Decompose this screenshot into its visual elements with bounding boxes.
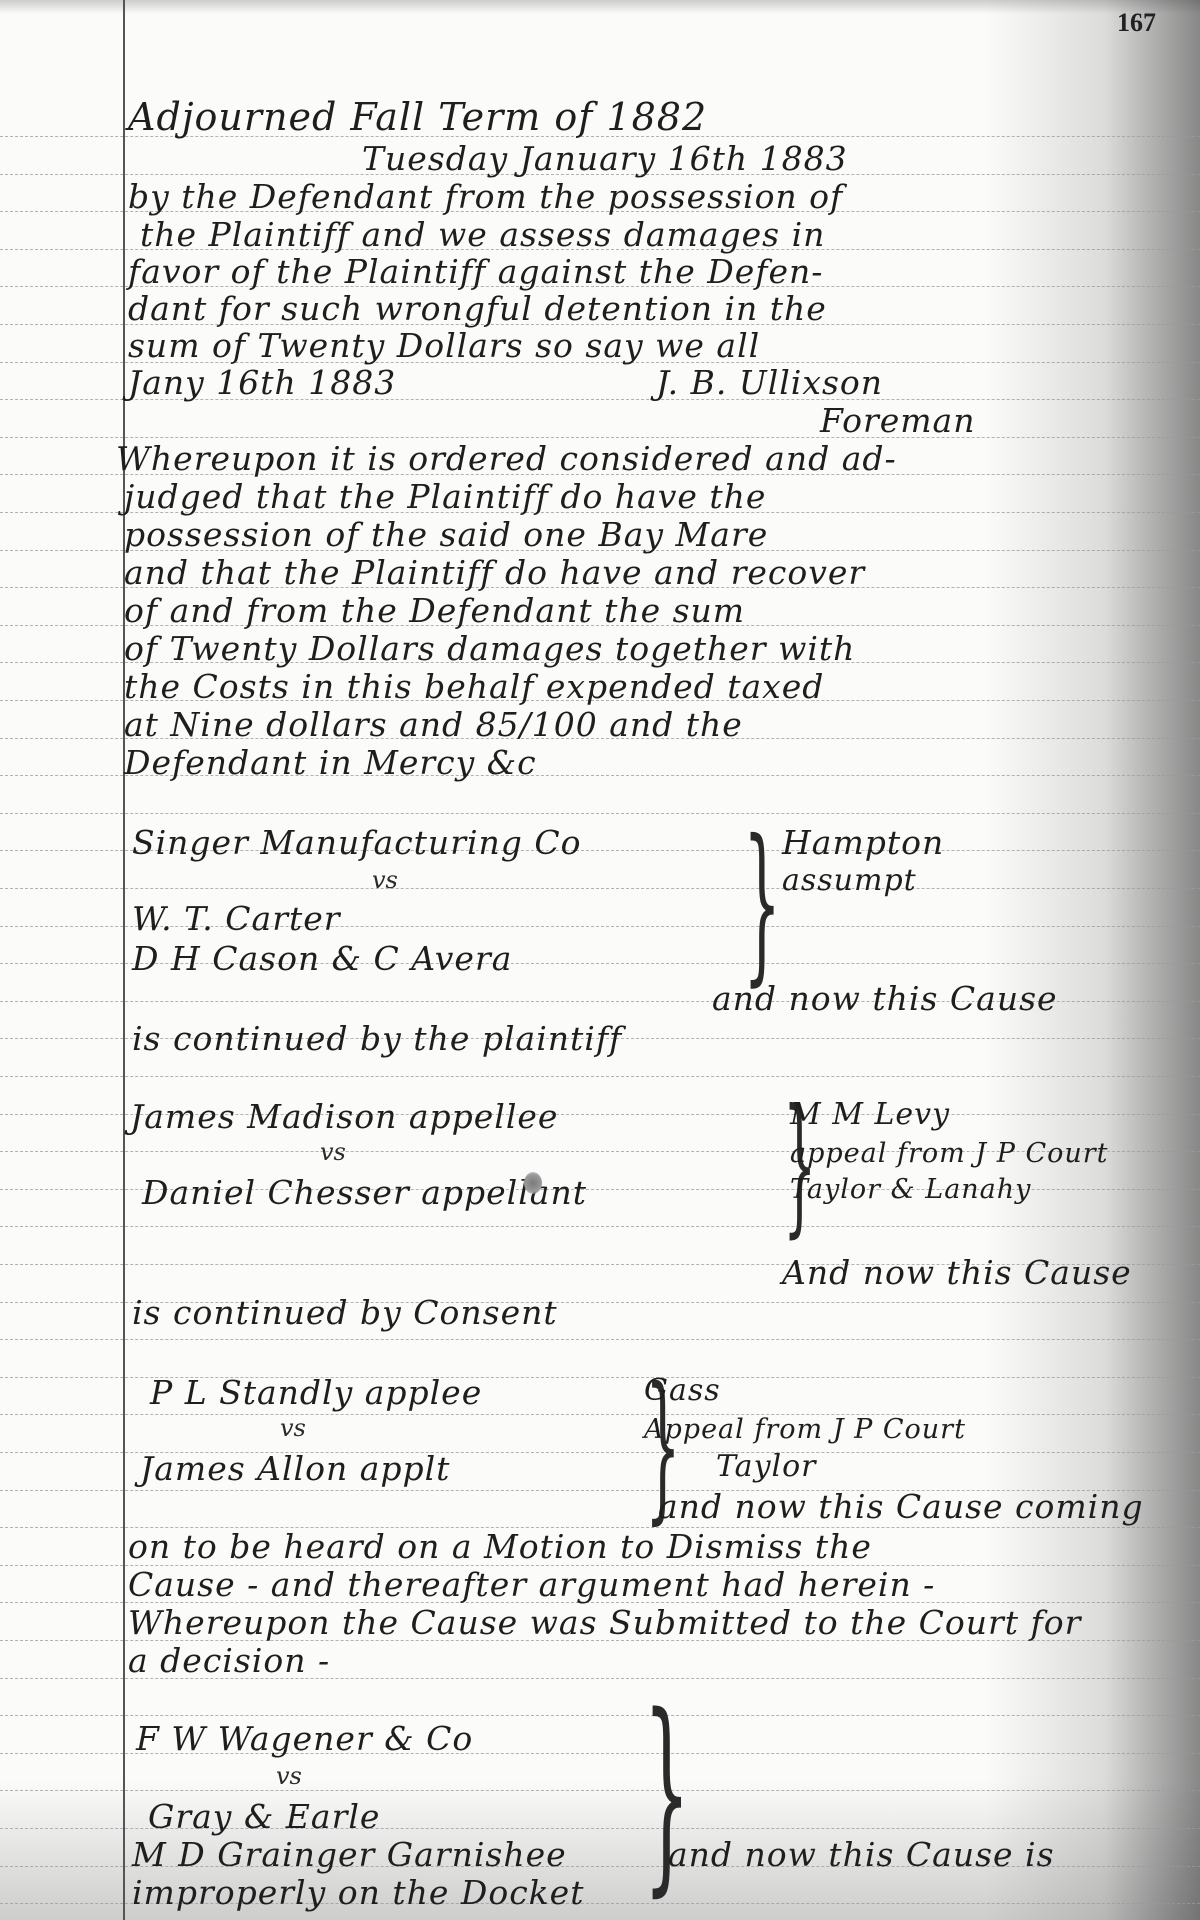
verdict-line: the Plaintiff and we assess damages in [140, 218, 825, 251]
judgment-line: of and from the Defendant the sum [124, 594, 745, 627]
ruled-line [0, 1414, 1200, 1415]
case-plaintiff: Singer Manufacturing Co [132, 826, 582, 859]
attorney-note: Hampton [782, 826, 944, 859]
proceeding-line: Whereupon the Cause was Submitted to the… [128, 1606, 1081, 1639]
proceeding-line: is continued by Consent [132, 1296, 558, 1329]
attorney-note: M M Levy [790, 1100, 950, 1130]
ruled-line [0, 437, 1200, 438]
verdict-line: sum of Twenty Dollars so say we all [128, 329, 760, 362]
judgment-line: judged that the Plaintiff do have the [124, 480, 766, 513]
versus-mark: vs [320, 1138, 346, 1166]
ledger-page: 167 Adjourned Fall Term of 1882 Tuesday … [0, 0, 1200, 1920]
ruled-line [0, 813, 1200, 814]
foreman-title: Foreman [820, 404, 975, 437]
case-defendant: Daniel Chesser appellant [142, 1176, 587, 1209]
session-date: Tuesday January 16th 1883 [362, 142, 848, 175]
ruled-line [0, 1226, 1200, 1227]
versus-mark: vs [372, 866, 398, 894]
verdict-line: dant for such wrongful detention in the [128, 292, 827, 325]
case-defendant: W. T. Carter [132, 902, 341, 935]
ruled-line [0, 1076, 1200, 1077]
margin-line [123, 0, 125, 1920]
case-plaintiff: James Madison appellee [130, 1100, 558, 1133]
proceeding-line: a decision - [128, 1644, 330, 1677]
proceeding-line: on to be heard on a Motion to Dismiss th… [128, 1530, 872, 1563]
brace-icon: } [743, 818, 781, 988]
case-defendant: Gray & Earle [148, 1800, 380, 1833]
ruled-line [0, 1339, 1200, 1340]
case-defendant: D H Cason & C Avera [132, 942, 512, 975]
appeal-note: appeal from J P Court [790, 1140, 1109, 1167]
attorney-note: Taylor [716, 1452, 817, 1482]
judgment-line: Defendant in Mercy &c [124, 746, 537, 779]
term-heading: Adjourned Fall Term of 1882 [128, 98, 707, 136]
judgment-line: possession of the said one Bay Mare [124, 518, 768, 551]
ruled-line [0, 1715, 1200, 1716]
case-defendant: James Allon applt [140, 1452, 450, 1485]
judgment-line: the Costs in this behalf expended taxed [124, 670, 824, 703]
appeal-note: Appeal from J P Court [644, 1416, 966, 1443]
ruled-line [0, 1790, 1200, 1791]
action-type-note: assumpt [782, 866, 917, 896]
versus-mark: vs [276, 1762, 302, 1790]
verdict-line: by the Defendant from the possession of [128, 180, 843, 213]
versus-mark: vs [280, 1414, 306, 1442]
case-plaintiff: F W Wagener & Co [136, 1722, 473, 1755]
verdict-line: favor of the Plaintiff against the Defen… [128, 255, 823, 288]
judgment-line: and that the Plaintiff do have and recov… [124, 556, 865, 589]
verdict-date: Jany 16th 1883 [128, 366, 396, 399]
judgment-line: at Nine dollars and 85/100 and the [124, 708, 743, 741]
ruled-line [0, 888, 1200, 889]
proceeding-start: and now this Cause coming [658, 1490, 1144, 1523]
judgment-line: of Twenty Dollars damages together with [124, 632, 855, 665]
page-number: 167 [1117, 8, 1156, 38]
attorney-note: Taylor & Lanahy [790, 1176, 1031, 1203]
ink-blot [524, 1172, 542, 1194]
case-plaintiff: P L Standly applee [150, 1376, 482, 1409]
proceeding-line: improperly on the Docket [132, 1876, 584, 1909]
case-defendant: M D Grainger Garnishee [132, 1838, 567, 1871]
proceeding-start: and now this Cause is [668, 1838, 1055, 1871]
proceeding-start: and now this Cause [712, 982, 1058, 1015]
attorney-note: Gass [644, 1376, 721, 1406]
judgment-line: Whereupon it is ordered considered and a… [116, 442, 897, 475]
proceeding-line: is continued by the plaintiff [132, 1022, 622, 1055]
foreman-signature: J. B. Ullixson [656, 366, 883, 399]
proceeding-start: And now this Cause [782, 1256, 1132, 1289]
proceeding-line: Cause - and thereafter argument had here… [128, 1568, 935, 1601]
